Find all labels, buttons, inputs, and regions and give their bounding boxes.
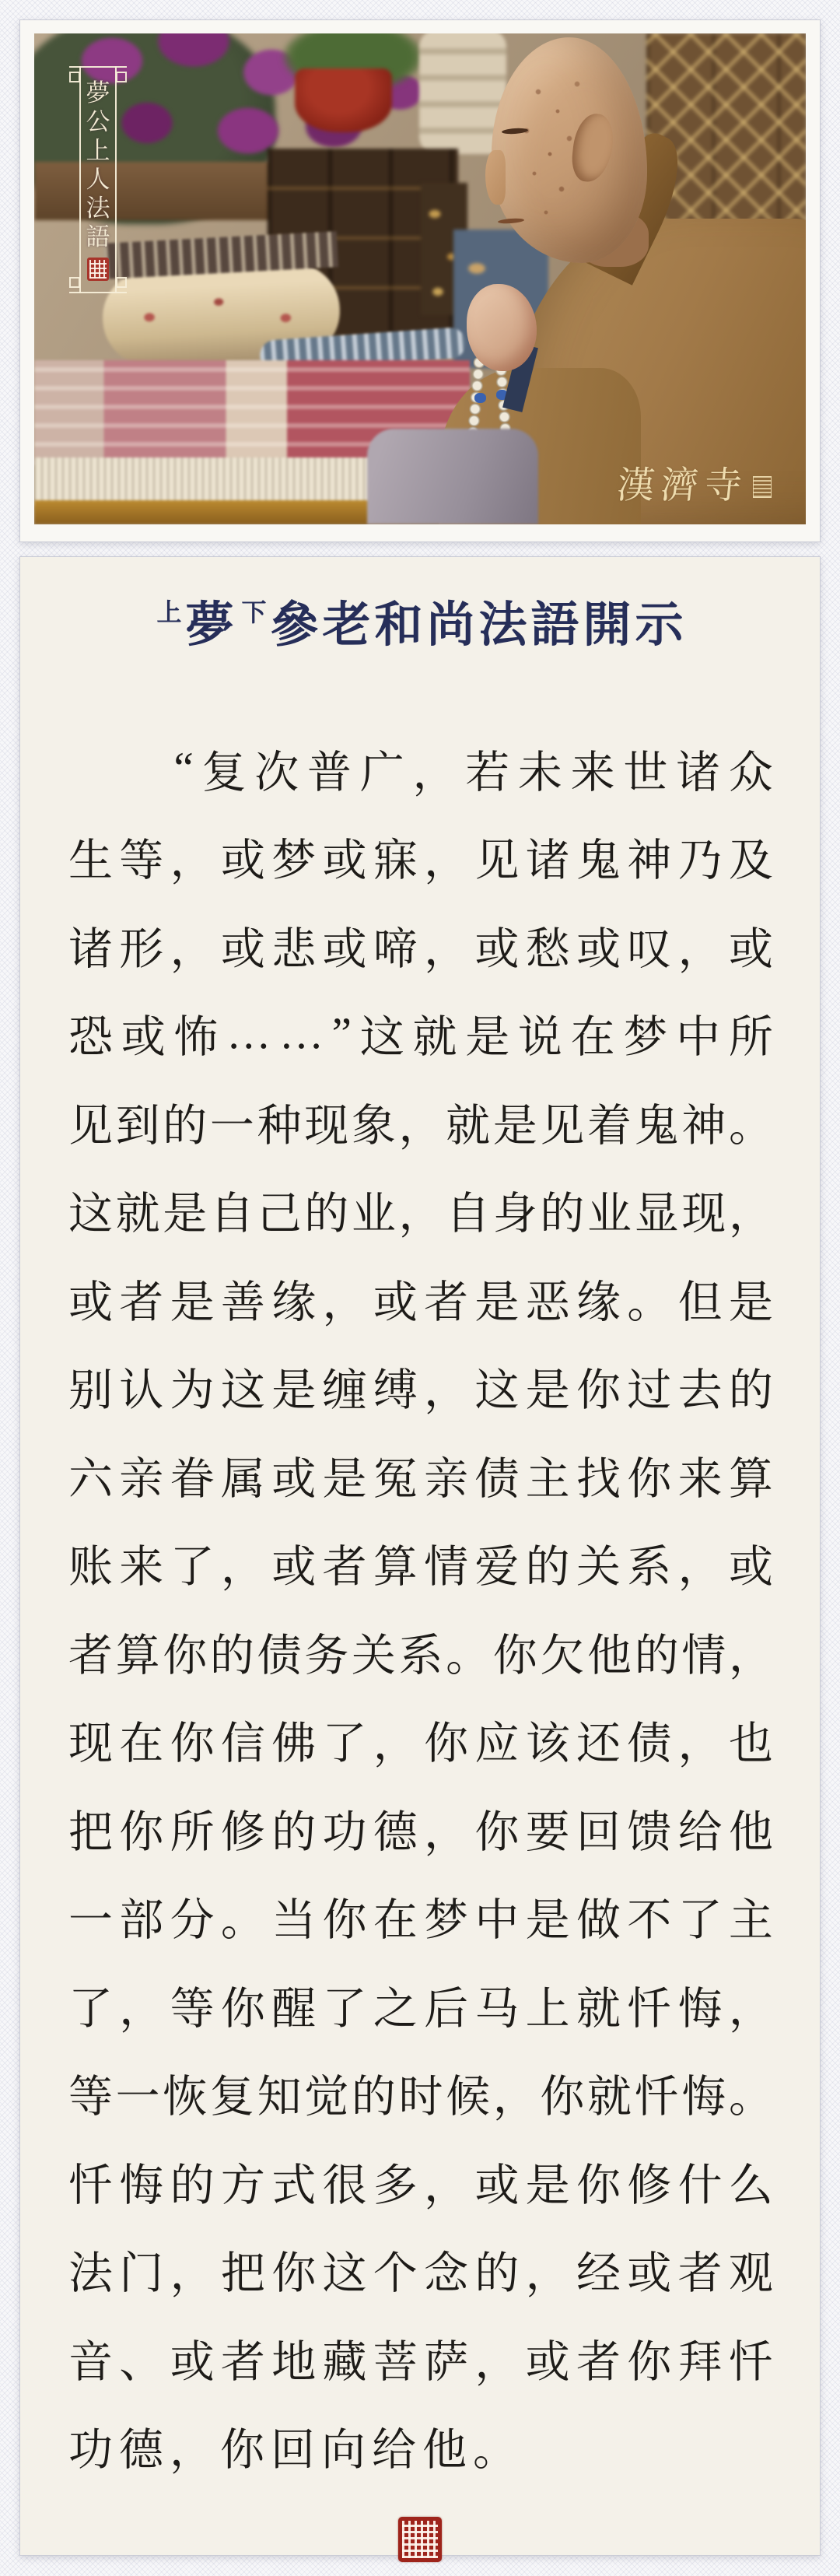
- monk-head: [492, 37, 647, 263]
- banner-corner-ornament: [69, 277, 80, 288]
- banner-red-seal: [87, 258, 109, 281]
- body-line: 六亲眷属或是冤亲债主找你来算: [68, 1431, 773, 1519]
- title-rest: 參老和尚法語開示: [271, 599, 688, 652]
- body-line: 恐或怖……”这就是说在梦中所: [68, 990, 773, 1078]
- banner-char: 語: [86, 223, 110, 251]
- dharma-text-card: 上夢下參老和尚法語開示 “复次普广，若未来世诸众生等，或梦或寐，见诸鬼神乃及诸形…: [19, 556, 821, 2556]
- red-seal-stamp: [398, 2517, 442, 2562]
- banner-char: 公: [86, 107, 110, 136]
- body-line: “复次普广，若未来世诸众: [68, 724, 773, 813]
- banner-vertical-text: 夢公上人法語: [69, 79, 127, 251]
- body-line: 功德，你回向给他。: [68, 2403, 773, 2491]
- watermark-seal-icon: [753, 476, 772, 498]
- body-line: 见到的一种现象，就是见着鬼神。: [68, 1078, 773, 1166]
- grey-lap-cloth: [367, 429, 538, 524]
- vertical-title-banner: 夢公上人法語: [69, 66, 127, 293]
- temple-watermark: 漢濟寺: [618, 452, 804, 511]
- banner-char: 人: [86, 165, 110, 194]
- body-line: 现在你信佛了，你应该还债，也: [68, 1696, 773, 1785]
- body-line: 把你所修的功德，你要回馈给他: [68, 1784, 773, 1873]
- body-line: 了，等你醒了之后马上就忏悔，: [68, 1961, 773, 2049]
- body-line: 音、或者地藏菩萨，或者你拜忏: [68, 2314, 773, 2403]
- body-line: 等一恢复知觉的时候，你就忏悔。: [68, 2049, 773, 2138]
- photo-card: 夢公上人法語 漢濟寺: [19, 19, 821, 542]
- title-name-first: 夢: [185, 599, 237, 652]
- blue-accent-bead: [474, 393, 486, 403]
- body-line: 者算你的债务关系。你欠他的情，: [68, 1607, 773, 1696]
- banner-corner-ornament: [116, 277, 127, 288]
- body-line: 生等，或梦或寐，见诸鬼神乃及: [68, 813, 773, 902]
- body-line: 别认为这是缠缚，这是你过去的: [68, 1343, 773, 1432]
- body-line: 这就是自己的业，自身的业显现，: [68, 1166, 773, 1255]
- body-line: 一部分。当你在梦中是做不了主: [68, 1873, 773, 1961]
- body-line: 法门，把你这个念的，经或者观: [68, 2226, 773, 2315]
- monk-photo: 夢公上人法語 漢濟寺: [34, 33, 806, 524]
- title-honorific-upper: 上: [156, 598, 181, 626]
- body-line: 忏悔的方式很多，或是你修什么: [68, 2137, 773, 2226]
- body-line: 或者是善缘，或者是恶缘。但是: [68, 1254, 773, 1343]
- banner-char: 上: [86, 136, 110, 165]
- body-line: 账来了，或者算情爱的关系，或: [68, 1519, 773, 1608]
- title-honorific-lower: 下: [242, 598, 267, 626]
- page-title: 上夢下參老和尚法語開示: [20, 585, 820, 665]
- body-text: “复次普广，若未来世诸众生等，或梦或寐，见诸鬼神乃及诸形，或悲或啼，或愁或叹，或…: [68, 724, 773, 2490]
- red-pot: [295, 68, 392, 132]
- banner-char: 夢: [86, 79, 110, 107]
- body-line: 诸形，或悲或啼，或愁或叹，或: [68, 901, 773, 990]
- watermark-text: 漢濟寺: [614, 455, 751, 509]
- banner-char: 法: [86, 194, 110, 223]
- monk-nose: [485, 150, 506, 205]
